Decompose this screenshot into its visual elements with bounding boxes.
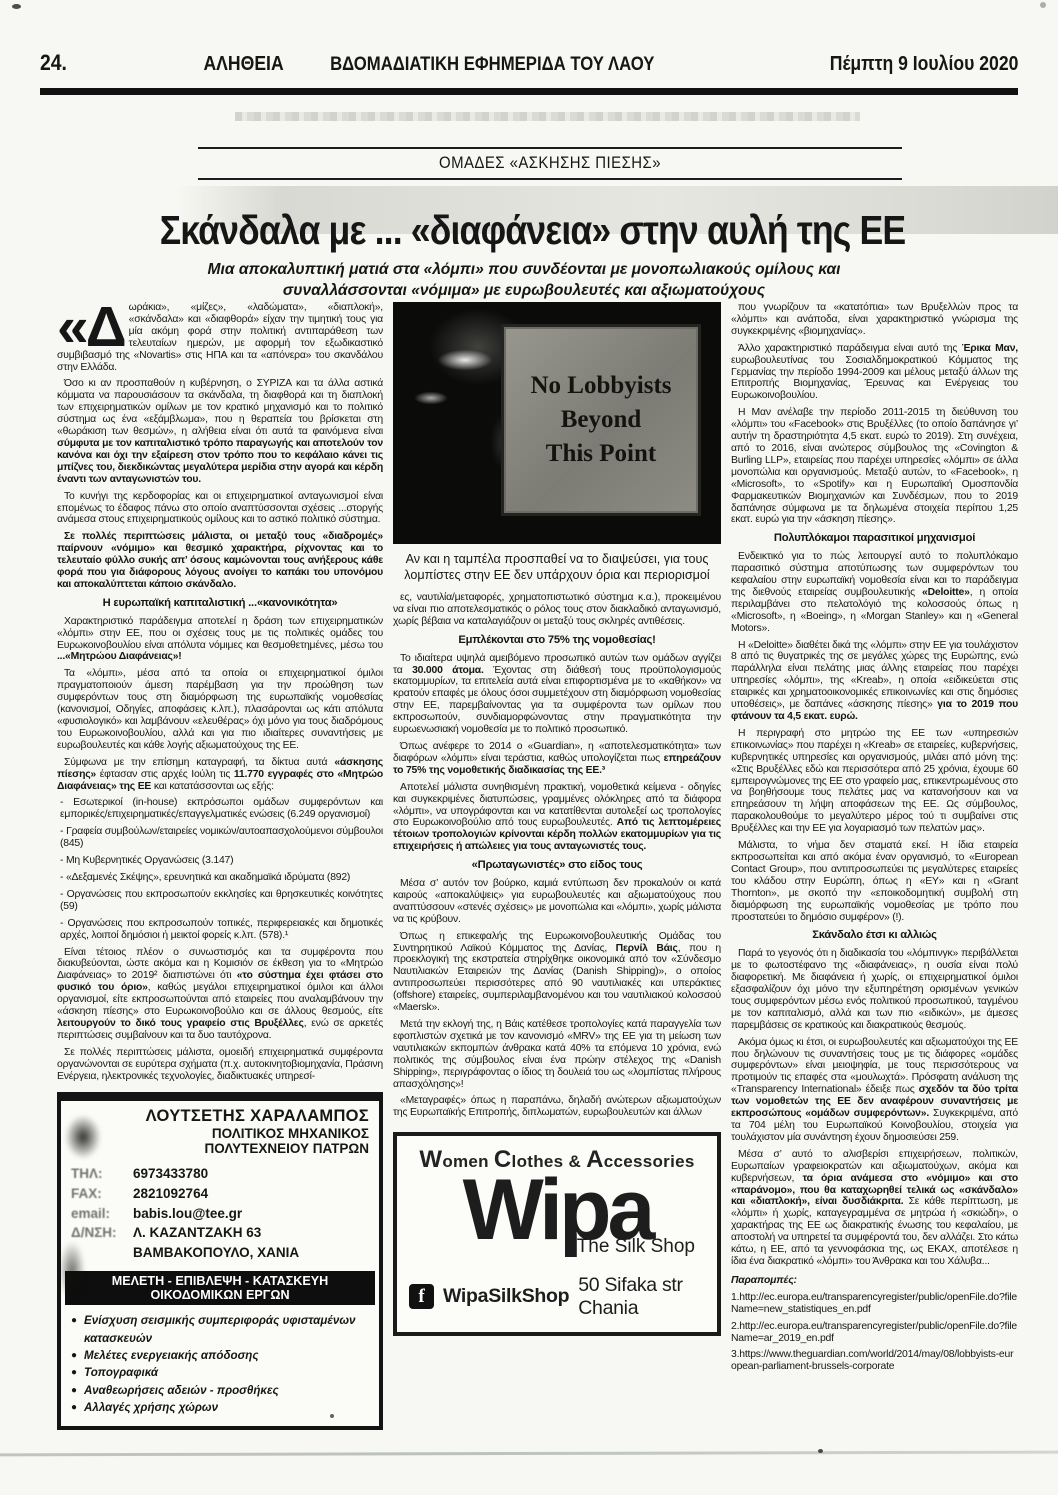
paragraph: που γνωρίζουν τα «κατατόπια» των Βρυξελλ… [731, 302, 1018, 338]
text-run: Έρικα Μαν, [962, 343, 1018, 354]
article-deck: Μια αποκαλυπτική ματιά στα «λόμπι» που σ… [195, 259, 853, 303]
text-run: Παρά το γεγονός ότι η διαδικασία του «λό… [731, 948, 1018, 1030]
scan-speck [330, 1414, 334, 1418]
text-run: 30.000 άτομα. [412, 665, 484, 676]
ad-service-item: ●Μελέτες ενεργειακής απόδοσης [71, 1347, 369, 1364]
tagline-initial: W [419, 1146, 442, 1173]
paragraph: Μέσα σ’ αυτό το αλισβερίσι επιχειρήσεων,… [731, 1149, 1018, 1268]
paragraph: - Οργανώσεις που εκπροσωπούν εκκλησίες κ… [57, 889, 383, 913]
column-1-text: «Δωράκια», «μίζες», «λαδώματα», «διαπλοκ… [57, 302, 383, 1082]
paragraph: Σε πολλές περιπτώσεις μάλιστα, οι μεταξύ… [57, 531, 383, 591]
paragraph: Όπως ανέφερε το 2014 ο «Guardian», η «απ… [393, 741, 721, 777]
text-run: λειτουργούν το δικό τους γραφείο στις Βρ… [57, 1018, 304, 1029]
newspaper-page: 24. ΑΛΗΘΕΙΑ ΒΔΟΜΑΔΙΑΤΙΚΗ ΕΦΗΜΕΡΙΔΑ ΤΟΥ Λ… [0, 0, 1058, 1495]
paragraph: Παραπομπές: [731, 1275, 1018, 1287]
ad-service-item: ●Τοπογραφικά [71, 1364, 369, 1381]
bullet-icon: ● [71, 1382, 77, 1399]
ad-contact-info: ΤΗΛ: 6973433780 FAX: 2821092764 email: b… [71, 1164, 369, 1262]
text-run: Σε πολλές περιπτώσεις μάλιστα, ομοειδή ε… [57, 1047, 383, 1082]
text-run: που γνωρίζουν τα «κατατόπια» των Βρυξελλ… [731, 302, 1018, 337]
sign-line: This Point [504, 437, 698, 471]
scan-artifact-strip [235, 112, 860, 121]
text-run: και κατατάσσονται ως εξής: [151, 781, 274, 792]
text-run: Μέσα σ’ αυτόν τον βούρκο, καμιά εντύπωση… [393, 878, 721, 925]
bullet-icon: ● [71, 1364, 77, 1381]
subheading: Πολυπλόκαμοι παρασιτικοί μηχανισμοί [731, 533, 1018, 545]
ad-phone-row: ΤΗΛ: 6973433780 [71, 1164, 369, 1184]
lobbyists-sign-photo: No Lobbyists Beyond This Point [393, 302, 721, 544]
header-rule [40, 88, 1018, 95]
column-1: «Δωράκια», «μίζες», «λαδώματα», «διαπλοκ… [57, 302, 383, 1430]
text-run: Σε πολλές περιπτώσεις μάλιστα, οι μεταξύ… [57, 531, 383, 590]
address-line1: Λ. ΚΑΖΑΝΤΖΑΚΗ 63 [133, 1223, 261, 1243]
text-run: «Πρωταγωνιστές» στο είδος τους [472, 859, 643, 871]
paragraph: Αποτελεί μάλιστα συνηθισμένη πρακτική, ν… [393, 782, 721, 853]
subheading: Σκάνδαλο έτσι κι αλλιώς [731, 930, 1018, 942]
article-figure: No Lobbyists Beyond This Point Αν και η … [393, 302, 721, 583]
fax-label: FAX: [71, 1184, 133, 1204]
phone-number: 6973433780 [133, 1164, 208, 1184]
text-run: ...«Μητρώου Διαφάνειας»! [57, 651, 182, 662]
paragraph: - Μη Κυβερνητικές Οργανώσεις (3.147) [57, 855, 383, 867]
text-run: Μετά την εκλογή της, η Βάις κατέθεσε τρο… [393, 1019, 721, 1090]
paragraph: Παρά το γεγονός ότι η διαδικασία του «λό… [731, 948, 1018, 1031]
text-run: σύμφυτα με τον καπιταλιστικό τρόπο παραγ… [57, 438, 383, 485]
ad-service-label: Ενίσχυση σεισμικής συμπεριφοράς υφισταμέ… [84, 1312, 369, 1347]
footnote: 2.http://ec.europa.eu/transparencyregist… [731, 1321, 1018, 1345]
paragraph: - Εσωτερικοί (in-house) εκπρόσωποι ομάδω… [57, 797, 383, 821]
paragraph: Μετά την εκλογή της, η Βάις κατέθεσε τρο… [393, 1019, 721, 1090]
ad-service-label: Αλλαγές χρήσης χώρων [84, 1399, 218, 1416]
paragraph: Η «Deloitte» διαθέτει δικά της «λόμπι» σ… [731, 640, 1018, 723]
paragraph: - «Δεξαμενές Σκέψης», ερευνητικά και ακα… [57, 872, 383, 884]
text-run: , που η προεκλογική της εκστρατεία στηρί… [393, 943, 721, 1014]
article-body: «Δωράκια», «μίζες», «λαδώματα», «διαπλοκ… [57, 302, 1010, 1430]
subheading: Εμπλέκονται στο 75% της νομοθεσίας! [393, 635, 721, 647]
address-label: Δ/ΝΣΗ: [71, 1223, 133, 1243]
text-run: «Μεταγραφές» όπως η παραπάνω, δηλαδή ανώ… [393, 1095, 721, 1118]
ad-service-item: ●Ενίσχυση σεισμικής συμπεριφοράς υφισταμ… [71, 1312, 369, 1347]
sign-line: No Lobbyists [504, 369, 698, 403]
paragraph: Είναι τέτοιος πλέον ο συνωστισμός και τα… [57, 947, 383, 1042]
text-run: Σε κάθε περίπτωση, με «λόμπι» ή χωρίς, κ… [731, 1196, 1018, 1267]
text-run: Όσο κι αν προσπαθούν η κυβέρνηση, ο ΣΥΡΙ… [57, 378, 383, 437]
address-line2: ΒΑΜΒΑΚΟΠΟΥΛΟ, ΧΑΝΙΑ [71, 1243, 369, 1263]
column-2-text: ες, ναυτιλία/μεταφορές, χρηματοπιστωτικό… [393, 592, 721, 1119]
column-3: που γνωρίζουν τα «κατατόπια» των Βρυξελλ… [731, 302, 1018, 1430]
paragraph: - Γραφεία συμβούλων/εταιρείες νομικών/αυ… [57, 826, 383, 850]
wipa-address: 50 Sifaka str Chania [578, 1274, 705, 1320]
paragraph: Όσο κι αν προσπαθούν η κυβέρνηση, ο ΣΥΡΙ… [57, 378, 383, 485]
text-run: ες, ναυτιλία/μεταφορές, χρηματοπιστωτικό… [393, 592, 721, 627]
ad-service-item: ●Αλλαγές χρήσης χώρων [71, 1399, 369, 1416]
footnote: 3.https://www.theguardian.com/world/2014… [731, 1349, 1018, 1373]
text-run: Άλλο χαρακτηριστικό παράδειγμα είναι αυτ… [738, 343, 962, 354]
text-run: - Οργανώσεις που εκπροσωπούν εκκλησίες κ… [60, 889, 383, 912]
text-run: Παραπομπές: [731, 1275, 797, 1286]
masthead-name: ΑΛΗΘΕΙΑ [203, 53, 283, 76]
paragraph: ες, ναυτιλία/μεταφορές, χρηματοπιστωτικό… [393, 592, 721, 628]
fax-number: 2821092764 [133, 1184, 208, 1204]
text-run: - «Δεξαμενές Σκέψης», ερευνητικά και ακα… [60, 872, 350, 883]
subheading: «Πρωταγωνιστές» στο είδος τους [393, 860, 721, 872]
paragraph: Σύμφωνα με την επίσημη καταγραφή, τα δίκ… [57, 757, 383, 793]
facebook-icon: f [409, 1284, 434, 1309]
article-headline: Σκάνδαλα με ... «διαφάνεια» στην αυλή τη… [160, 207, 906, 254]
sign-line: Beyond [504, 403, 698, 437]
ad-civil-engineer: ΛΟΥΤΣΕΤΗΣ ΧΑΡΑΛΑΜΠΟΣ ΠΟΛΙΤΙΚΟΣ ΜΗΧΑΝΙΚΟΣ… [57, 1092, 383, 1429]
email-address: babis.lou@tee.gr [133, 1204, 242, 1224]
paragraph: Μάλιστα, το νήμα δεν σταματά εκεί. Η ίδι… [731, 840, 1018, 923]
drop-cap: «Δ [57, 305, 124, 349]
paragraph: Η Μαν ανέλαβε την περίοδο 2011-2015 τη δ… [731, 407, 1018, 526]
ad-services-banner: ΜΕΛΕΤΗ - ΕΠΙΒΛΕΨΗ - ΚΑΤΑΣΚΕΥΗ ΟΙΚΟΔΟΜΙΚΩ… [65, 1271, 375, 1305]
paragraph: Το κυνήγι της κερδοφορίας και οι επιχειρ… [57, 491, 383, 527]
footnote: 1.http://ec.europa.eu/transparencyregist… [731, 1292, 1018, 1316]
ad-service-label: Μελέτες ενεργειακής απόδοσης [84, 1347, 259, 1364]
ad-service-label: Αναθεωρήσεις αδειών - προσθήκες [84, 1382, 279, 1399]
page-header: 24. ΑΛΗΘΕΙΑ ΒΔΟΜΑΔΙΑΤΙΚΗ ΕΦΗΜΕΡΙΔΑ ΤΟΥ Λ… [40, 50, 1018, 76]
masthead-subtitle: ΒΔΟΜΑΔΙΑΤΙΚΗ ΕΦΗΜΕΡΙΔΑ ΤΟΥ ΛΑΟΥ [330, 54, 654, 76]
scan-speck [12, 4, 21, 9]
text-run: ευρωβουλευτίνας του Σοσιαλδημοκρατικού Κ… [731, 355, 1018, 402]
masthead: ΑΛΗΘΕΙΑ ΒΔΟΜΑΔΙΑΤΙΚΗ ΕΦΗΜΕΡΙΔΑ ΤΟΥ ΛΑΟΥ [71, 53, 804, 76]
wipa-facebook-name: WipaSilkShop [443, 1285, 569, 1308]
section-kicker: ΟΜΑΔΕΣ «ΑΣΚΗΣΗΣ ΠΙΕΣΗΣ» [198, 147, 902, 180]
paragraph: - Οργανώσεις που εκπροσωπούν τοπικές, πε… [57, 918, 383, 942]
phone-label: ΤΗΛ: [71, 1164, 133, 1184]
text-run: - Γραφεία συμβούλων/εταιρείες νομικών/αυ… [60, 826, 383, 849]
page-number: 24. [40, 50, 67, 76]
ad-fax-row: FAX: 2821092764 [71, 1184, 369, 1204]
text-run: Περνίλ Βάις [616, 943, 678, 954]
bullet-icon: ● [71, 1399, 77, 1416]
bullet-icon: ● [71, 1347, 77, 1364]
paragraph: Όπως η επικεφαλής της Ευρωκοινοβουλευτικ… [393, 931, 721, 1014]
paragraph: «Μεταγραφές» όπως η παραπάνω, δηλαδή ανώ… [393, 1095, 721, 1119]
text-run: Μάλιστα, το νήμα δεν σταματά εκεί. Η ίδι… [731, 840, 1018, 922]
text-run: Χαρακτηριστικό παράδειγμα αποτελεί η δρά… [57, 616, 383, 651]
ad-email-row: email: babis.lou@tee.gr [71, 1204, 369, 1224]
wipa-contact-row: f WipaSilkShop 50 Sifaka str Chania [409, 1274, 705, 1320]
paragraph: «Δωράκια», «μίζες», «λαδώματα», «διαπλοκ… [57, 302, 383, 373]
no-lobbyists-sign: No Lobbyists Beyond This Point [501, 324, 701, 516]
text-run: - Εσωτερικοί (in-house) εκπρόσωποι ομάδω… [60, 797, 383, 820]
paragraph: Άλλο χαρακτηριστικό παράδειγμα είναι αυτ… [731, 343, 1018, 403]
text-run: 2.http://ec.europa.eu/transparencyregist… [731, 1321, 1017, 1344]
text-run: Σκάνδαλο έτσι κι αλλιώς [812, 929, 937, 941]
text-run: Η ευρωπαϊκή καπιταλιστική ...«κανονικότη… [103, 597, 338, 609]
photo-caption: Αν και η ταμπέλα προσπαθεί να το διαψεύσ… [399, 552, 715, 583]
text-run: Τα «λόμπι», μέσα από τα οποία οι επιχειρ… [57, 668, 383, 750]
column-2: No Lobbyists Beyond This Point Αν και η … [393, 302, 721, 1430]
text-run: 3.https://www.theguardian.com/world/2014… [731, 1349, 1013, 1372]
text-run: Έχοντας στη διάθεσή τους προϋπολογισμούς… [393, 665, 721, 736]
ad-engineer-title: ΠΟΛΙΤΙΚΟΣ ΜΗΧΑΝΙΚΟΣ [71, 1126, 369, 1141]
ad-engineer-school: ΠΟΛΥΤΕΧΝΕΙΟΥ ΠΑΤΡΩΝ [71, 1141, 369, 1156]
paragraph: Τα «λόμπι», μέσα από τα οποία οι επιχειρ… [57, 668, 383, 751]
email-label: email: [71, 1204, 133, 1224]
scan-speck [818, 1449, 823, 1453]
ad-engineer-name: ΛΟΥΤΣΕΤΗΣ ΧΑΡΑΛΑΜΠΟΣ [71, 1107, 369, 1126]
text-run: «Deloitte» [922, 587, 970, 598]
ad-service-label: Τοπογραφικά [84, 1364, 158, 1381]
paragraph: Ακόμα όμως κι έτσι, οι ευρωβουλευτές και… [731, 1037, 1018, 1144]
text-run: Η Μαν ανέλαβε την περίοδο 2011-2015 τη δ… [731, 407, 1018, 525]
text-run: - Μη Κυβερνητικές Οργανώσεις (3.147) [60, 855, 233, 866]
page-date: Πέμπτη 9 Ιουλίου 2020 [829, 53, 1018, 76]
column-3-text: που γνωρίζουν τα «κατατόπια» των Βρυξελλ… [731, 302, 1018, 1373]
ad-address-row: Δ/ΝΣΗ: Λ. ΚΑΖΑΝΤΖΑΚΗ 63 [71, 1223, 369, 1243]
paragraph: Μέσα σ’ αυτόν τον βούρκο, καμιά εντύπωση… [393, 878, 721, 926]
paragraph: Η περιγραφή στο μητρώο της ΕΕ των «υπηρε… [731, 728, 1018, 835]
text-run: - Οργανώσεις που εκπροσωπούν τοπικές, πε… [60, 918, 383, 941]
scan-speck [1040, 2, 1046, 8]
subheading: Η ευρωπαϊκή καπιταλιστική ...«κανονικότη… [57, 598, 383, 610]
paragraph: Το ιδιαίτερα υψηλά αμειβόμενο προσωπικό … [393, 653, 721, 736]
paragraph: Χαρακτηριστικό παράδειγμα αποτελεί η δρά… [57, 616, 383, 664]
text-run: Η περιγραφή στο μητρώο της ΕΕ των «υπηρε… [731, 728, 1018, 834]
text-run: Το κυνήγι της κερδοφορίας και οι επιχειρ… [57, 491, 383, 526]
text-run: έφτασαν στις αρχές Ιούλη τις [96, 769, 234, 780]
bullet-icon: ● [71, 1312, 77, 1347]
paragraph: Σε πολλές περιπτώσεις μάλιστα, ομοειδή ε… [57, 1047, 383, 1083]
paper-fold-line [0, 1451, 1058, 1457]
text-run: Πολυπλόκαμοι παρασιτικοί μηχανισμοί [774, 532, 975, 544]
ad-service-item: ●Αναθεωρήσεις αδειών - προσθήκες [71, 1382, 369, 1399]
ad-wipa-shop: Women Clothes & Accessories Wipa The Sil… [393, 1132, 721, 1336]
text-run: Εμπλέκονται στο 75% της νομοθεσίας! [458, 634, 655, 646]
paragraph: Ενδεικτικό για το πώς λειτουργεί αυτό το… [731, 551, 1018, 634]
text-run: 1.http://ec.europa.eu/transparencyregist… [731, 1292, 1017, 1315]
text-run: Σύμφωνα με την επίσημη καταγραφή, τα δίκ… [64, 757, 334, 768]
ad-services-list: ●Ενίσχυση σεισμικής συμπεριφοράς υφισταμ… [71, 1312, 369, 1416]
